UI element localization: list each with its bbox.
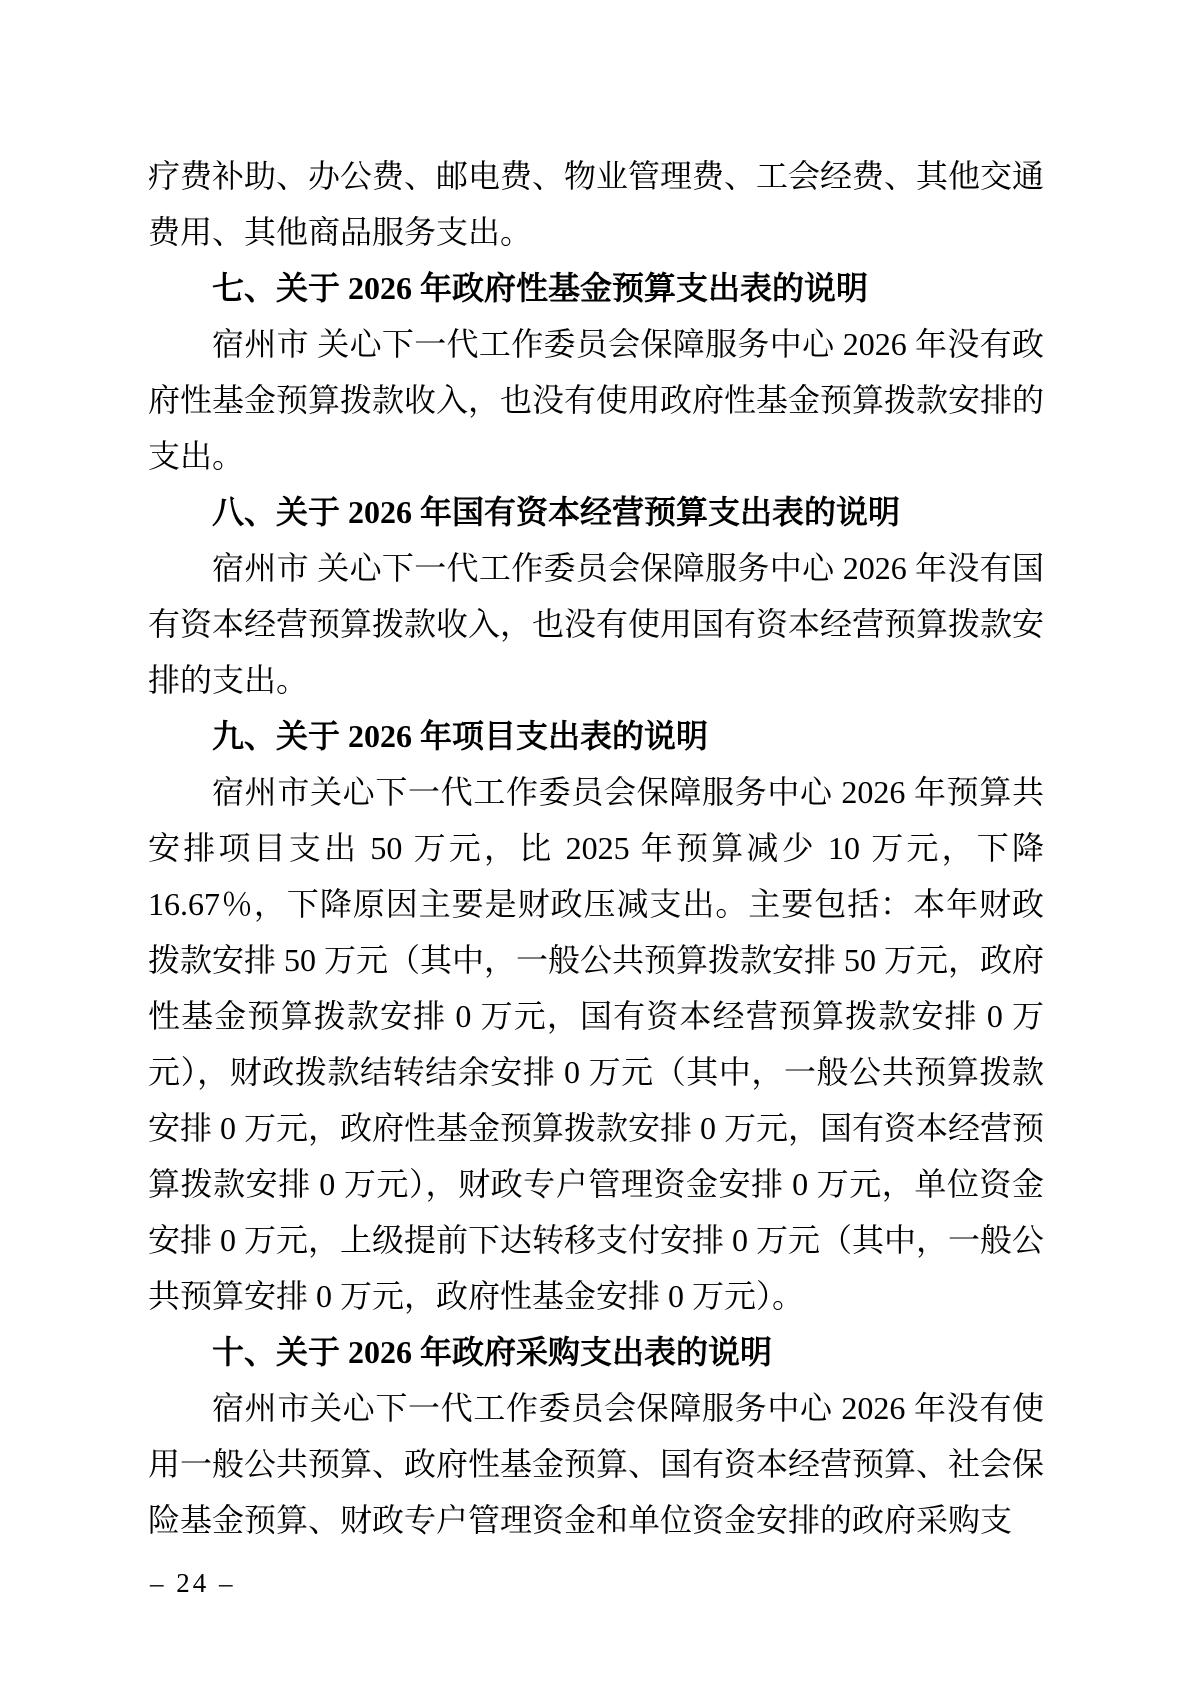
section-7-heading: 七、关于 2026 年政府性基金预算支出表的说明 <box>148 260 1044 316</box>
section-10-heading: 十、关于 2026 年政府采购支出表的说明 <box>148 1324 1044 1380</box>
page-number: – 24 – <box>150 1566 236 1600</box>
section-9-paragraph: 宿州市关心下一代工作委员会保障服务中心 2026 年预算共安排项目支出 50 万… <box>148 764 1044 1324</box>
section-8-heading: 八、关于 2026 年国有资本经营预算支出表的说明 <box>148 484 1044 540</box>
document-page: 疗费补助、办公费、邮电费、物业管理费、工会经费、其他交通费用、其他商品服务支出。… <box>0 0 1190 1683</box>
section-7-paragraph: 宿州市 关心下一代工作委员会保障服务中心 2026 年没有政府性基金预算拨款收入… <box>148 316 1044 484</box>
document-body: 疗费补助、办公费、邮电费、物业管理费、工会经费、其他交通费用、其他商品服务支出。… <box>148 148 1044 1548</box>
section-10-paragraph: 宿州市关心下一代工作委员会保障服务中心 2026 年没有使用一般公共预算、政府性… <box>148 1380 1044 1548</box>
paragraph-continued-from-previous-page: 疗费补助、办公费、邮电费、物业管理费、工会经费、其他交通费用、其他商品服务支出。 <box>148 148 1044 260</box>
section-8-paragraph: 宿州市 关心下一代工作委员会保障服务中心 2026 年没有国有资本经营预算拨款收… <box>148 540 1044 708</box>
section-9-heading: 九、关于 2026 年项目支出表的说明 <box>148 708 1044 764</box>
